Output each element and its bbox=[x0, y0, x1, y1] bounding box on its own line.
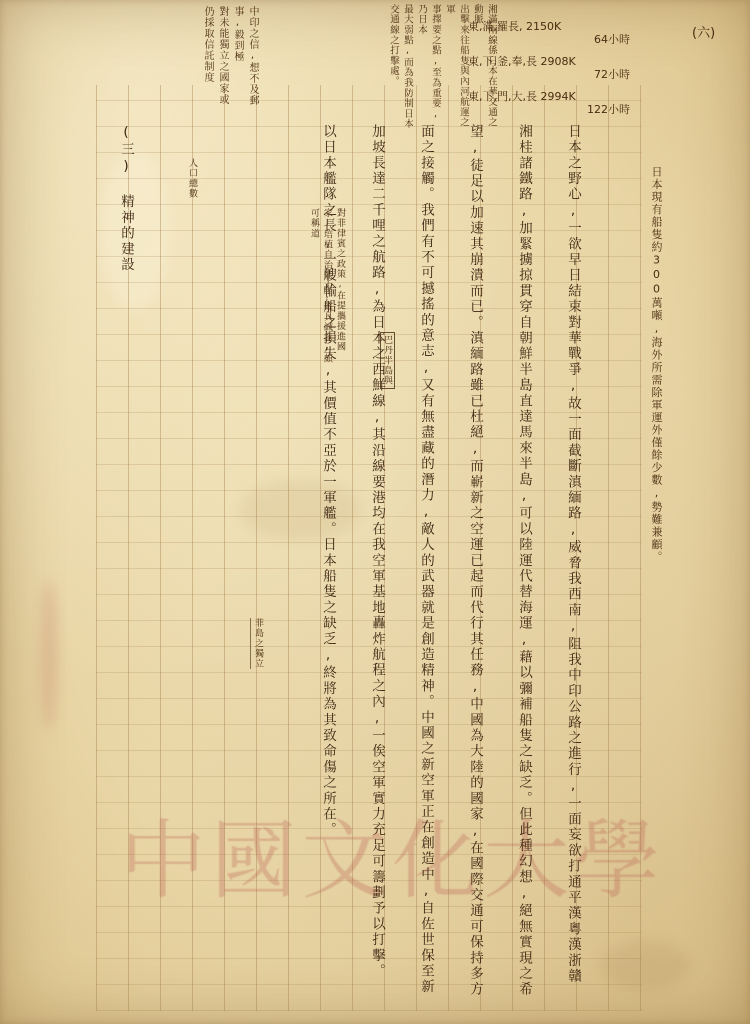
annotation-line: 對未能獨立之國家或 bbox=[215, 6, 230, 128]
body-text: 日本之野心,一欲早日結束對華戰爭,故一面截斷滇緬路,威脅我西南,阻我中印公路之進… bbox=[118, 124, 640, 1012]
interlinear-note-bataan: 巴丹半島與 bbox=[380, 332, 395, 389]
route-hours: 64小時 bbox=[468, 33, 648, 46]
annotation-line: 日本現有船隻約300萬噸,海外所需除軍運外僅餘少數,勢難兼顧。 bbox=[645, 166, 750, 1012]
annotation-line: 中印之信,想不及郵事,毅到極 bbox=[230, 6, 260, 128]
annotation-line: 事擇要之點,至為重要,乃日本 bbox=[414, 4, 442, 130]
interlinear-note-population: 人口總數 bbox=[186, 158, 199, 199]
body-column: 面之接觸。我們有不可撼搖的意志,又有無盡藏的潛力,敵人的武器就是創造精神。中國之… bbox=[410, 124, 459, 1012]
route-hours: 72小時 bbox=[468, 68, 648, 81]
route-note: 東,滿,羅長, 2150K64小時 bbox=[468, 20, 648, 46]
route-note: 東,下,門,大,長 2994K122小時 bbox=[468, 90, 648, 116]
interlinear-note-philippines: 菲島之獨立 bbox=[250, 618, 265, 669]
route-distance: 東,下,門,大,長 2994K bbox=[468, 90, 648, 103]
body-column: 湘桂諸鐵路,加緊擄掠貫穿自朝鮮半島直達馬來半島,可以陸運代替海運,藉以彌補船隻之… bbox=[508, 124, 557, 1012]
annotation-line: 出擊來往船隻與內河航運之軍 bbox=[442, 4, 470, 130]
route-distance-notes: 東,滿,羅長, 2150K64小時東,下,釜,奉,長 2908K72小時東,下,… bbox=[468, 20, 648, 125]
route-note: 東,下,釜,奉,長 2908K72小時 bbox=[468, 55, 648, 81]
right-margin-annotation: 71.6.25 東京開所謂日滿華交通經議會,通過計劃大綱兩項,由日滿陸運統制,在… bbox=[645, 166, 750, 1012]
body-column: 望,徒足以加速其崩潰而已。滇緬路雖已杜絕,而嶄新之空運已起而代行其任務,中國為大… bbox=[459, 124, 508, 1012]
annotation-line: 最大弱點,而為我防制日本 bbox=[400, 4, 414, 130]
annotation-line: 仍採取信託制度 bbox=[200, 6, 215, 128]
manuscript-page: 中國文化大學 (六) 中印之信,想不及郵事,毅到極對未能獨立之國家或仍採取信託制… bbox=[0, 0, 750, 1024]
page-number: (六) bbox=[692, 22, 715, 41]
route-distance: 東,滿,羅長, 2150K bbox=[468, 20, 648, 33]
route-distance: 東,下,釜,奉,長 2908K bbox=[468, 55, 648, 68]
route-hours: 122小時 bbox=[468, 103, 648, 116]
top-left-annotation: 中印之信,想不及郵事,毅到極對未能獨立之國家或仍採取信託制度 bbox=[200, 6, 260, 128]
ink-bleed-stain bbox=[40, 580, 58, 730]
interlinear-note-policy: 對菲律賓之政策,在提攜援進國家,培植自治能力,確具誠意,頗可稱道 bbox=[318, 208, 346, 368]
annotation-line: 交通線之打擊處。 bbox=[386, 4, 400, 130]
body-column: (三) 精神的建設 bbox=[118, 124, 312, 1012]
body-column: 加坡長達二千哩之航路,為日本之西鮮線,其沿線要港均在我空軍基地轟炸航程之內,一俟… bbox=[361, 124, 410, 1012]
body-column: 日本之野心,一欲早日結束對華戰爭,故一面截斷滇緬路,威脅我西南,阻我中印公路之進… bbox=[557, 124, 640, 1012]
